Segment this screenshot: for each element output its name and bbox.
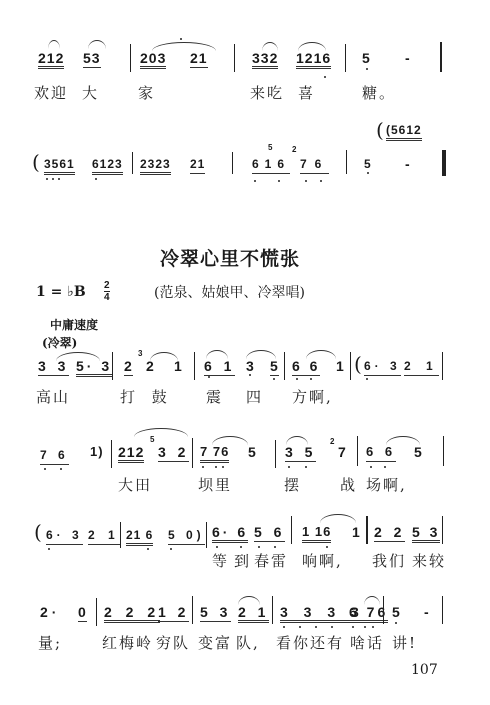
lyric: 打 鼓 (120, 386, 173, 407)
barline (275, 440, 276, 468)
note-group: 6 6 (366, 444, 396, 462)
note-group: 7 6 (40, 447, 69, 465)
note-group: 1) (90, 444, 104, 460)
barline (291, 516, 292, 544)
lyric: 啥话 (350, 632, 384, 653)
grace-note: 3 (138, 350, 142, 358)
slur (88, 40, 106, 49)
note-group: 3561 (44, 156, 75, 175)
note: 5 (248, 444, 257, 460)
open-paren: ( (32, 152, 40, 172)
grace-note: 2 (330, 438, 334, 446)
time-signature: 2 4 (104, 280, 110, 303)
song-title: 冷翠心里不慌张 (160, 244, 300, 271)
barline (232, 152, 233, 174)
barline (132, 152, 133, 174)
lyric: 四 (246, 386, 263, 407)
tempo-marking: 中庸速度 (50, 316, 98, 333)
note-group: 212 (38, 50, 64, 69)
note: 7 (338, 444, 347, 460)
lyric: 量; (38, 632, 62, 653)
grace-note: 5 (150, 436, 154, 444)
note-group: 616 (252, 156, 290, 174)
note-group: 5 6 (254, 524, 285, 542)
lyric: 红梅岭 (102, 632, 153, 653)
lyric: 到 (234, 550, 251, 571)
barline (234, 44, 235, 72)
note-group: 6· 3 (364, 358, 401, 376)
note: 3 (246, 358, 255, 374)
barline (346, 150, 347, 174)
lyric: 震 (206, 386, 223, 407)
grace-note: 5 (268, 144, 272, 152)
note-group: 212 (118, 444, 144, 463)
lyric: 我们 (372, 550, 406, 571)
key-signature: 1 = ♭B (36, 284, 86, 300)
barline (194, 352, 195, 380)
note-group: 3 2 (158, 444, 189, 462)
dot (366, 68, 368, 70)
lyric: 来吃 (250, 82, 284, 103)
note-group: 1 16 (302, 524, 331, 543)
lyric: 场啊, (366, 474, 407, 495)
lyric: 讲! (392, 632, 417, 653)
note-group: - (405, 50, 411, 66)
lyric: 大 (82, 82, 99, 103)
lyric: 变富 (198, 632, 232, 653)
slur (320, 514, 356, 523)
lyric: 来较 (412, 550, 446, 571)
barline (112, 352, 113, 380)
barline (206, 522, 207, 548)
note-group: 2323 (140, 156, 171, 175)
lyric: 喜 (298, 82, 315, 103)
part-label: (冷翠) (42, 334, 77, 351)
note: 1 (352, 524, 361, 540)
open-paren: ( (354, 354, 362, 374)
note-group: 5 (364, 156, 372, 172)
barline (111, 440, 112, 468)
note-group: 203 (140, 50, 166, 69)
note-group: 5 3 (200, 604, 231, 622)
note-group: 21 (190, 156, 205, 174)
lyric: 春雷 (254, 550, 288, 571)
lyric: 队, (236, 632, 260, 653)
note-group: 21 (190, 50, 208, 68)
lyric: 方啊, (292, 386, 333, 407)
slur (134, 428, 188, 437)
barline (442, 516, 443, 544)
note: 0 (78, 604, 87, 622)
barline (284, 352, 285, 380)
barline (350, 352, 351, 380)
barline (440, 42, 442, 72)
note-group: 2· (40, 604, 60, 620)
note-group: 2 2 2 (104, 604, 160, 623)
note: 1 (336, 358, 345, 374)
barline (442, 596, 443, 624)
note-group: 2 1 (238, 604, 269, 623)
lyric: 战 (340, 474, 357, 495)
lyric: 响啊, (302, 550, 343, 571)
note-group: 5· 3 (76, 358, 112, 377)
lyric: 摆 (284, 474, 301, 495)
grace-note: 2 (292, 146, 296, 154)
barline (357, 436, 358, 466)
barline (120, 522, 121, 548)
final-barline (442, 150, 446, 176)
open-paren: ( (34, 522, 42, 542)
lyric: 大田 (118, 474, 152, 495)
page-number: 107 (411, 662, 438, 678)
dot (324, 76, 326, 78)
barline (366, 516, 368, 544)
note-group: - (405, 156, 411, 172)
note-group: 2 1 (88, 527, 120, 545)
lyric: 糖。 (362, 82, 396, 103)
lyric: 高山 (36, 386, 70, 407)
note-group: 5 0) (168, 527, 205, 545)
note-group: 6· 3 (46, 527, 83, 545)
note: 5 (414, 444, 423, 460)
singers: (范泉、姑娘甲、冷翠唱) (154, 282, 305, 302)
barline (96, 598, 97, 626)
note-group: 3 3 (38, 358, 69, 376)
note-group: 7 76 (200, 444, 229, 463)
barline (192, 596, 193, 624)
lyric: 坝里 (198, 474, 232, 495)
note-group: 53 (83, 50, 101, 68)
barline (442, 352, 443, 380)
note-group: 5 (362, 50, 371, 66)
lyric: 穷队 (156, 632, 190, 653)
open-paren: ( (376, 120, 384, 140)
lyric: 看你还有 (276, 632, 344, 653)
note: 1 (174, 358, 183, 374)
note-group: 2 2 (374, 524, 405, 542)
note: 5 (270, 358, 279, 376)
dot (180, 38, 182, 40)
note-group: 76 (300, 156, 329, 174)
note-group: 3 5 (285, 444, 316, 462)
note-group: 6123 (92, 156, 123, 175)
note: 2 (146, 358, 155, 374)
barline (345, 44, 346, 72)
slur (48, 40, 60, 49)
lyric: 等 (212, 550, 229, 571)
note-group: 6· 6 (212, 524, 248, 543)
note-group: 6 6 (292, 358, 320, 376)
lyric: 家 (138, 82, 155, 103)
note-group: 332 (252, 50, 278, 69)
pickup-notes: (5612 (386, 122, 422, 141)
note: 5 (392, 604, 401, 620)
lyric: 欢迎 (34, 82, 68, 103)
barline (383, 596, 384, 624)
barline (272, 596, 273, 624)
barline (192, 438, 193, 468)
note-group: 6 1 (204, 358, 235, 376)
barline (130, 44, 131, 72)
note-group: 1 2 (158, 604, 189, 622)
note-group: 2 1 (404, 358, 439, 376)
barline (443, 436, 444, 466)
note-group: 1216 (296, 50, 331, 69)
note: 2 (124, 358, 133, 376)
note: - (424, 604, 430, 620)
note-group: 5 3 (412, 524, 440, 543)
note-group: 21 6 (126, 527, 153, 546)
